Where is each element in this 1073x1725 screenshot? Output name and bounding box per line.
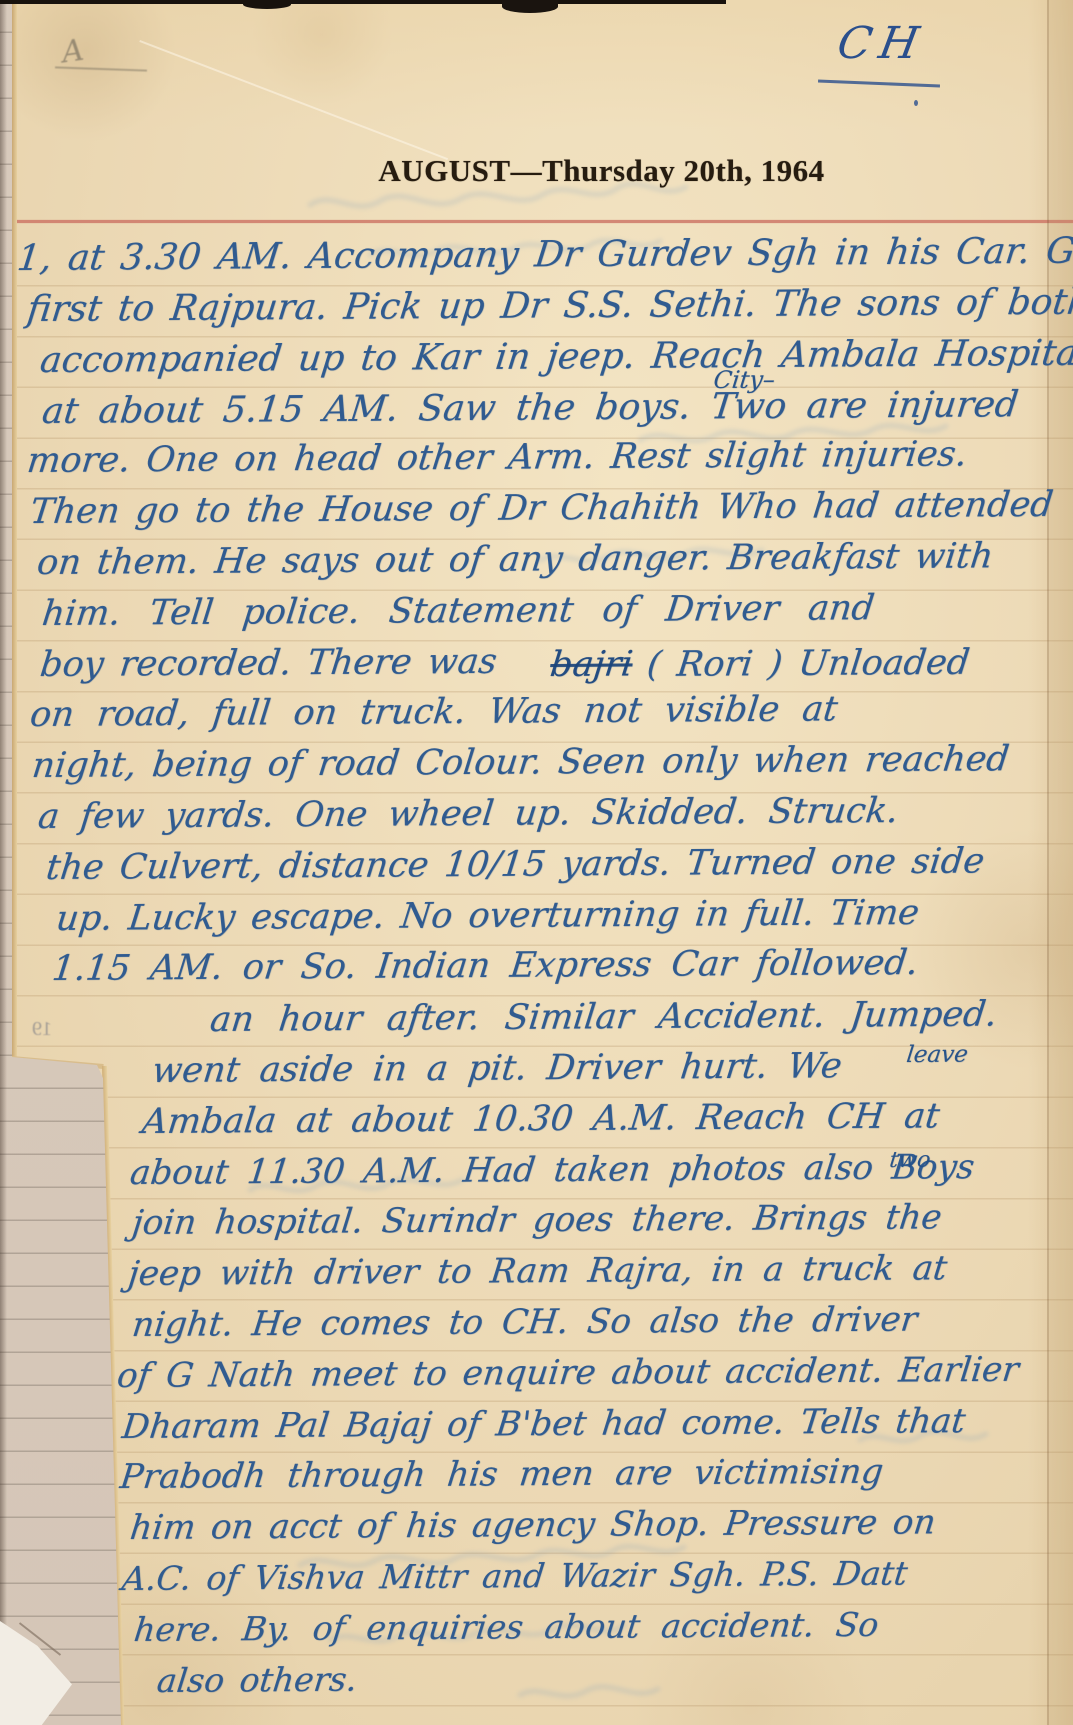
handwritten-line: A.C. of Vishva Mittr and Wazir Sgh. P.S.…	[120, 1554, 910, 1598]
handwritten-line: first to Rajpura. Pick up Dr S.S. Sethi.…	[25, 282, 1073, 330]
handwritten-line: here. By. of enquiries about accident. S…	[132, 1605, 881, 1649]
handwritten-line: 1, at 3.30 AM. Accompany Dr Gurdev Sgh i…	[15, 230, 1073, 279]
diary-page: A CH AUGUST—Thursday 20th, 1964 19 1, at…	[0, 0, 1073, 1725]
handwritten-line: Dharam Pal Bajaj of B'bet had come. Tell…	[120, 1401, 967, 1447]
handwritten-line: on road, full on truck. Was not visible …	[28, 689, 840, 735]
scanner-background: A CH AUGUST—Thursday 20th, 1964 19 1, at…	[0, 0, 1073, 1725]
handwritten-line: an hour after. Similar Accident. Jumped.	[208, 995, 999, 1040]
handwritten-line: two	[888, 1148, 932, 1173]
handwritten-line: him on acct of his agency Shop. Pressure…	[128, 1502, 938, 1548]
handwritten-line: Ambala at about 10.30 A.M. Reach CH at	[140, 1096, 942, 1142]
scan-edge-blob	[243, 0, 291, 9]
handwritten-line: jeep with driver to Ram Rajra, in a truc…	[126, 1248, 949, 1294]
handwritten-line: accompanied up to Kar in jeep. Reach Amb…	[38, 333, 1073, 381]
handwritten-line: night. He comes to CH. So also the drive…	[130, 1300, 919, 1345]
handwritten-line: ( Rori ) Unloaded	[645, 643, 972, 685]
handwritten-line: leave	[905, 1042, 969, 1068]
handwritten-line: on them. He says out of any danger. Brea…	[35, 536, 995, 583]
handwritten-line: Prabodh through his men are victimising	[118, 1452, 885, 1497]
handwritten-line: night, being of road Colour. Seen only w…	[30, 739, 1011, 786]
scan-edge-blob	[502, 0, 558, 13]
handwritten-line: 1.15 AM. or So. Indian Express Car follo…	[50, 943, 920, 989]
handwritten-line: at about 5.15 AM. Saw the boys. Two are …	[40, 384, 1020, 432]
handwritten-line: him. Tell police. Statement of Driver an…	[40, 588, 876, 634]
handwritten-line: more. One on head other Arm. Rest slight…	[25, 434, 969, 481]
handwritten-line: boy recorded. There was	[38, 642, 499, 685]
handwritten-line: also others.	[155, 1660, 359, 1700]
handwritten-line: about 11.30 A.M. Had taken photos also B…	[128, 1147, 977, 1193]
handwritten-line: the Culvert, distance 10/15 yards. Turne…	[44, 841, 986, 888]
handwritten-line: up. Lucky escape. No overturning in full…	[54, 893, 921, 939]
handwritten-line: went aside in a pit. Driver hurt. We	[150, 1046, 844, 1091]
handwritten-line: Then go to the House of Dr Chahith Who h…	[28, 485, 1055, 532]
handwritten-line: of G Nath meet to enquire about accident…	[115, 1350, 1021, 1396]
handwritten-line: join hospital. Surindr goes there. Bring…	[130, 1197, 944, 1243]
handwritten-line: bajri	[548, 644, 635, 685]
entry-lines: 1, at 3.30 AM. Accompany Dr Gurdev Sgh i…	[0, 0, 1073, 1725]
under-page-tear	[0, 1612, 72, 1725]
scan-edge-artifact	[0, 0, 726, 4]
handwritten-line: a few yards. One wheel up. Skidded. Stru…	[36, 791, 900, 837]
